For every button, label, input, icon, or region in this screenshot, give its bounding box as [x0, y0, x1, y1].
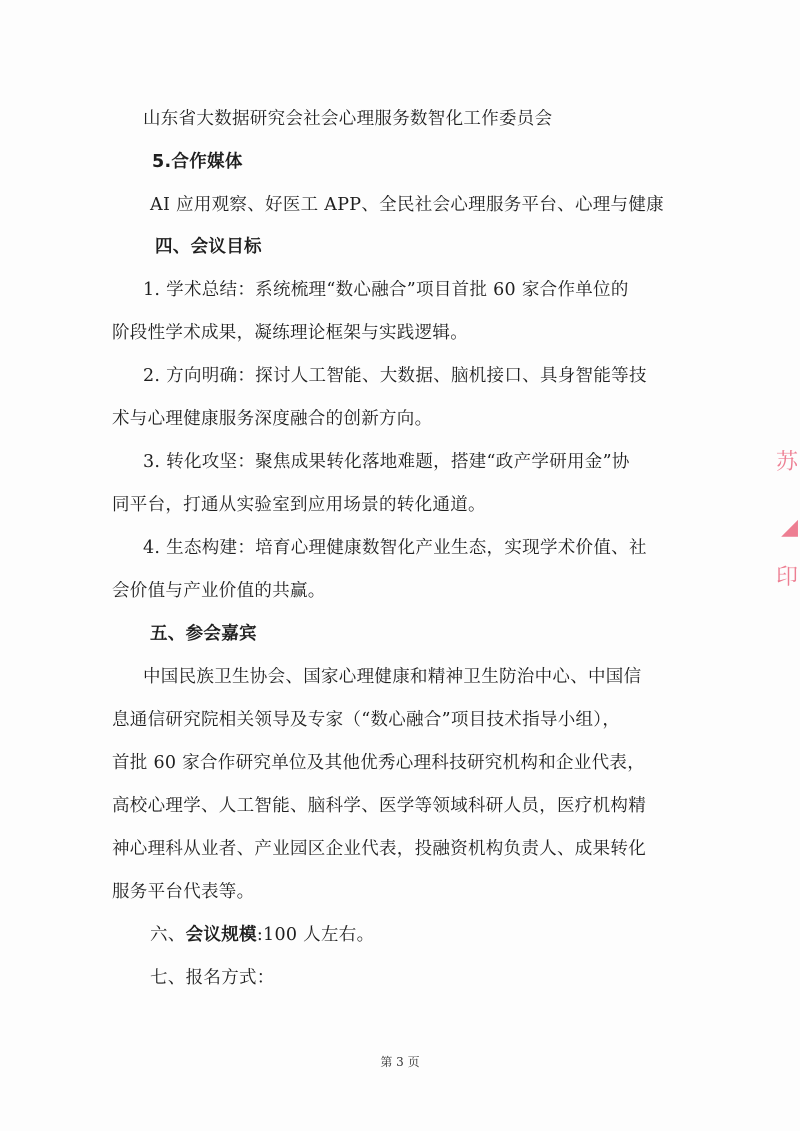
- paragraph-line: 山东省大数据研究会社会心理服务数智化工作委员会: [143, 108, 552, 130]
- paragraph-line: 术与心理健康服务深度融合的创新方向。: [112, 408, 432, 430]
- paragraph-line: 中国民族卫生协会、国家心理健康和精神卫生防治中心、中国信: [143, 666, 641, 688]
- paragraph-line: 2. 方向明确：探讨人工智能、大数据、脑机接口、具身智能等技: [143, 365, 647, 387]
- section-heading: 5.合作媒体: [152, 151, 243, 173]
- paragraph-line: 高校心理学、人工智能、脑科学、医学等领域科研人员，医疗机构精: [112, 795, 646, 817]
- red-seal-stamp-edge: 苏 ◢ 印: [767, 445, 800, 615]
- scale-line: 六、会议规模:100 人左右。: [150, 924, 374, 946]
- paragraph-line: 服务平台代表等。: [112, 881, 254, 903]
- scale-label: 会议规模: [186, 925, 257, 945]
- paragraph-line: 1. 学术总结：系统梳理“数心融合”项目首批 60 家合作单位的: [143, 279, 629, 301]
- paragraph-line: AI 应用观察、好医工 APP、全民社会心理服务平台、心理与健康: [150, 194, 664, 216]
- paragraph-line: 3. 转化攻坚：聚焦成果转化落地难题，搭建“政产学研用金”协: [143, 451, 630, 473]
- section-heading: 四、会议目标: [155, 236, 262, 258]
- paragraph-line: 会价值与产业价值的共赢。: [112, 580, 326, 602]
- paragraph-line: 阶段性学术成果，凝练理论框架与实践逻辑。: [112, 322, 468, 344]
- paragraph-line: 首批 60 家合作研究单位及其他优秀心理科技研究机构和企业代表，: [112, 752, 645, 774]
- scale-value: :100 人左右。: [257, 925, 375, 945]
- paragraph-line: 息通信研究院相关领导及专家（“数心融合”项目技术指导小组），: [112, 709, 620, 731]
- paragraph-line: 同平台，打通从实验室到应用场景的转化通道。: [112, 494, 486, 516]
- page-number: 第 3 页: [0, 1053, 800, 1070]
- registration-heading: 七、报名方式：: [150, 967, 275, 989]
- section-heading: 五、参会嘉宾: [150, 623, 257, 645]
- paragraph-line: 4. 生态构建：培育心理健康数智化产业生态，实现学术价值、社: [143, 537, 647, 559]
- scale-prefix: 六、: [150, 925, 186, 945]
- paragraph-line: 神心理科从业者、产业园区企业代表，投融资机构负责人、成果转化: [112, 838, 646, 860]
